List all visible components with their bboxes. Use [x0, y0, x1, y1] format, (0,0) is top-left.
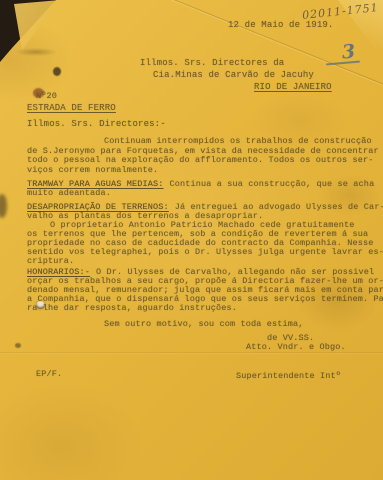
paragraph-line: criptura. — [27, 257, 74, 266]
ink-blot — [53, 67, 61, 76]
paragraph-line: sentido vos telegraphei, pois o Dr. Ulys… — [27, 248, 383, 257]
recipient-city: RIO DE JANEIRO — [254, 83, 332, 92]
signature-line-2: Atto. Vndr. e Obgo. — [246, 343, 346, 352]
subject-heading: ESTRADA DE FERRO — [27, 104, 116, 113]
paragraph-line: viços correm normalmente. — [27, 166, 158, 175]
date-line: 12 de Maio de 1919. — [228, 21, 333, 30]
paragraph-line: todo o pessoal na exploração do affloram… — [27, 156, 374, 165]
page-number-underline — [326, 61, 360, 66]
ink-speck — [15, 343, 21, 348]
edge-smudge — [0, 194, 7, 218]
crease-line — [0, 352, 383, 353]
letter-number: Nº20 — [36, 92, 57, 101]
signature-title: Superintendente Intº — [236, 372, 341, 381]
letter-page: 02011-1751 3 12 de Maio de 1919. Illmos.… — [0, 0, 383, 480]
paragraph-text: Continua a sua construcção, que se acha — [170, 179, 375, 189]
paragraph-line: muito adeantada. — [27, 189, 111, 198]
salutation: Illmos. Srs. Directores:- — [27, 120, 166, 129]
fold-shadow — [8, 46, 68, 60]
paragraph-line: ra lhe dar resposta, aguardo instruções. — [27, 304, 237, 313]
paragraph-line: Continuam interrompidos os trabalhos de … — [104, 137, 372, 146]
closing-line: Sem outro motivo, sou com toda estima, — [104, 320, 304, 329]
recipient-line-2: Cia.Minas de Carvão de Jacuhy — [153, 71, 314, 80]
typist-initials: EP/F. — [36, 370, 62, 379]
recipient-line-1: Illmos. Srs. Directores da — [140, 59, 284, 68]
